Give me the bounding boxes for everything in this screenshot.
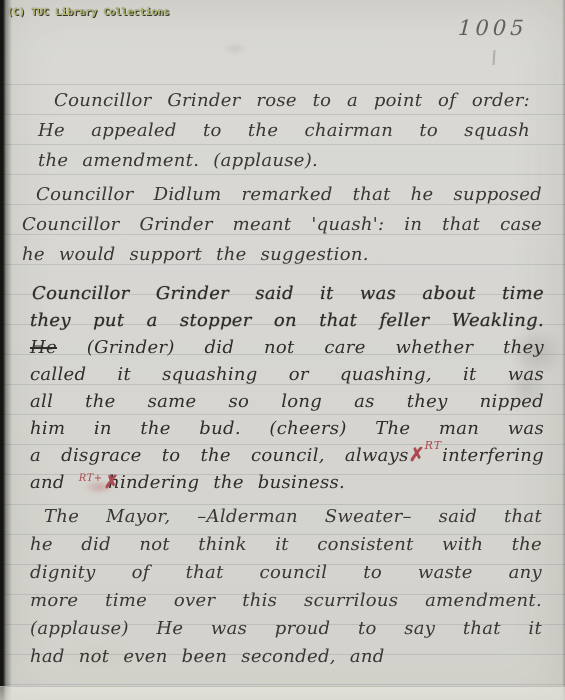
page-left-edge [0,0,12,700]
paragraph-grinder-speech: Councillor Grinder said it was about tim… [30,280,544,496]
text-line: dignity of that council to waste any [30,559,542,587]
text-line: more time over this scurrilous amendment… [30,587,542,615]
text-segment: and [30,472,65,493]
text-line: had not even been seconded, and [30,643,542,671]
text-line: they put a stopper on that feller Weakli… [30,307,544,334]
text-segment: hindering the business. [108,472,345,493]
pencil-tick-mark [492,50,495,65]
page-bottom-edge [0,686,565,700]
text-line: and RT+✗hindering the business. [30,469,544,496]
page-number: 1005 [455,16,530,40]
paragraph-grinder-point-of-order: Councillor Grinder rose to a point of or… [38,86,530,176]
text-line: Councillor Grinder meant 'quash': in tha… [22,210,542,240]
red-insertion-x-mark: ✗ [409,444,425,466]
text-line: He appealed to the chairman to squash [38,116,530,146]
text-line: called it squashing or quashing, it was [30,361,544,388]
text-line: Councillor Grinder said it was about tim… [30,280,544,307]
paper-smudge [222,42,248,56]
paragraph-mayor-sweater: The Mayor, –Alderman Sweater– said that … [30,503,542,671]
manuscript-page: (C) TUC Library Collections 1005 Council… [0,0,565,700]
text-line: Councillor Didlum remarked that he suppo… [22,180,542,210]
text-segment: (Grinder) did not care whether they [87,337,544,358]
red-rt-annotation: RT [425,439,442,452]
text-line: he would support the suggestion. [22,240,542,270]
text-line: He (Grinder) did not care whether they [30,334,544,361]
tuc-library-watermark: (C) TUC Library Collections [7,7,170,18]
text-line: the amendment. (applause). [38,146,530,176]
red-x-over-letter-mark: ✗ [104,472,119,493]
text-line: The Mayor, –Alderman Sweater– said that [30,503,542,531]
text-line: a disgrace to the council, always✗RTinte… [30,442,544,469]
text-segment: interfering [442,445,544,466]
red-rt-plus-annotation: RT+ [79,473,103,484]
text-segment: a disgrace to the council, always [30,445,409,466]
paragraph-didlum-remark: Councillor Didlum remarked that he suppo… [22,180,542,270]
text-line: all the same so long as they nipped [30,388,544,415]
text-line: (applause) He was proud to say that it [30,615,542,643]
text-line: Councillor Grinder rose to a point of or… [38,86,530,116]
text-line: he did not think it consistent with the [30,531,542,559]
struck-out-word: He [30,337,57,358]
text-line: him in the bud. (cheers) The man was [30,415,544,442]
